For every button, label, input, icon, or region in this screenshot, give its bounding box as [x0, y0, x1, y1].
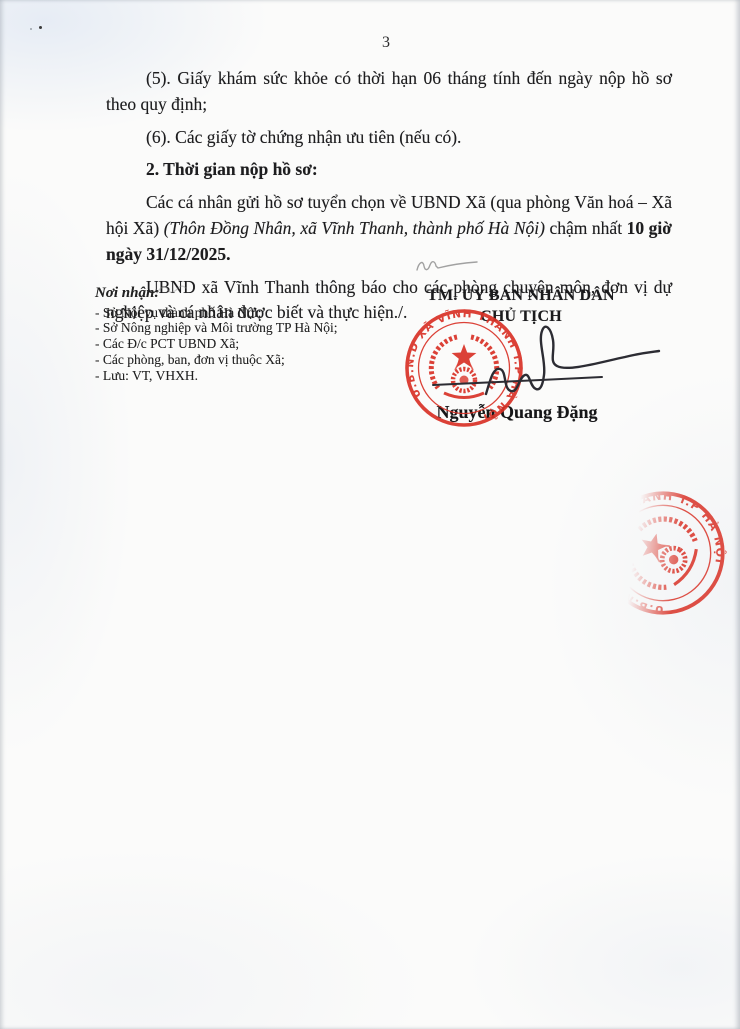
submission-run-3: chậm nhất	[545, 218, 627, 238]
paragraph-health-certificate: (5). Giấy khám sức khỏe có thời hạn 06 t…	[106, 66, 672, 118]
page-number: 3	[0, 34, 740, 52]
scan-speck	[39, 26, 42, 29]
paragraph-submission: Các cá nhân gửi hồ sơ tuyển chọn về UBND…	[106, 190, 672, 267]
recipient-item: - Các phòng, ban, đơn vị thuộc Xã;	[95, 352, 395, 368]
recipient-item: - Lưu: VT, VHXH.	[95, 368, 395, 384]
edge-seal-icon	[597, 487, 729, 619]
recipient-item: - Sở Nông nghiệp và Môi trường TP Hà Nội…	[95, 320, 395, 336]
scan-speck	[30, 28, 32, 30]
signer-name: Nguyễn Quang Đặng	[382, 402, 652, 423]
title-line: CHỦ TỊCH	[385, 307, 657, 328]
paragraph-priority-certificates: (6). Các giấy tờ chứng nhận ưu tiên (nếu…	[106, 125, 672, 151]
document-page: 3 (5). Giấy khám sức khỏe có thời hạn 06…	[0, 0, 740, 1029]
recipient-item: - Sở Nội vụ thành phố Hà Nội;	[95, 305, 395, 321]
recipients-label: Nơi nhận:	[95, 286, 395, 302]
signature-stroke	[433, 327, 659, 394]
recipient-item: - Các Đ/c PCT UBND Xã;	[95, 336, 395, 352]
signature-authority-block: TM. ỦY BAN NHÂN DÂN CHỦ TỊCH	[385, 286, 657, 327]
section-heading-deadline: 2. Thời gian nộp hồ sơ:	[106, 157, 672, 183]
authority-line: TM. ỦY BAN NHÂN DÂN	[385, 286, 657, 307]
recipients-block: Nơi nhận: - Sở Nội vụ thành phố Hà Nội; …	[95, 286, 395, 383]
submission-address-italic: (Thôn Đồng Nhân, xã Vĩnh Thanh, thành ph…	[164, 218, 545, 238]
